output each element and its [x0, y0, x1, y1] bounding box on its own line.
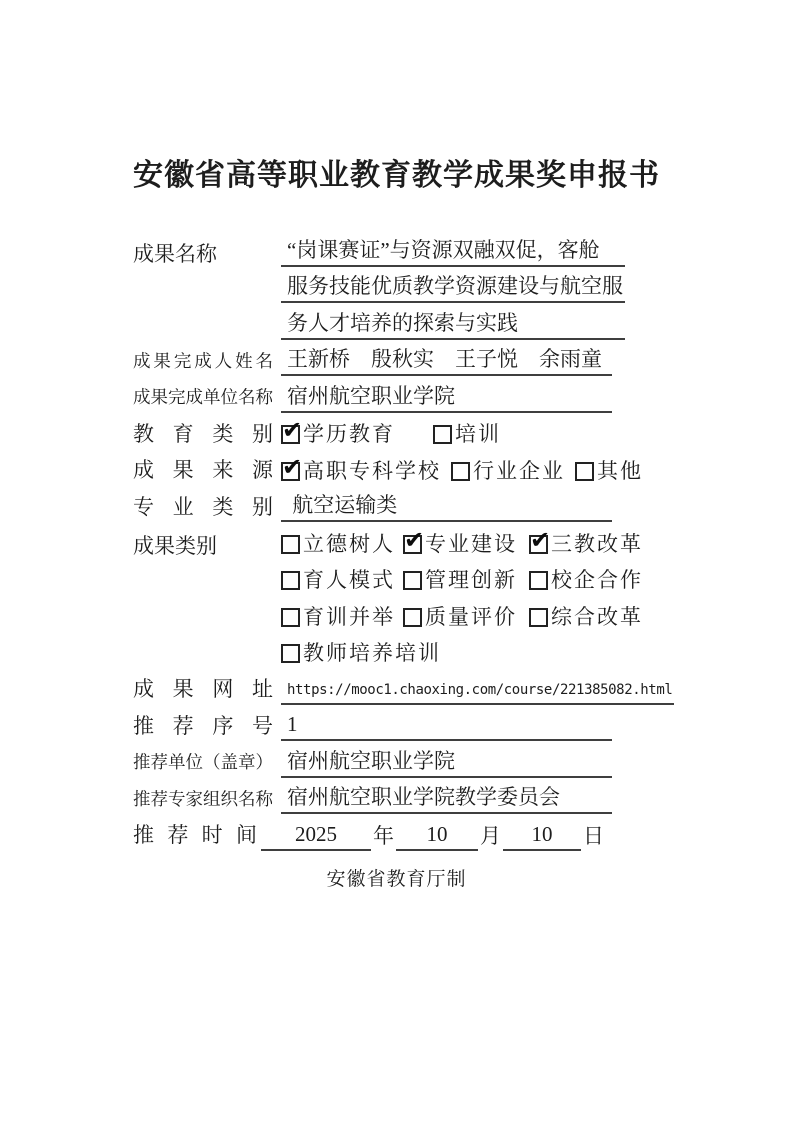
recommending-unit-label: 推荐单位（盖章） — [133, 752, 273, 777]
achievement-category-label: 成果类别 — [133, 522, 273, 562]
achievement-url-value: https://mooc1.chaoxing.com/course/221385… — [281, 683, 674, 705]
field-education-category: 教育类别 学历教育 培训 — [133, 413, 660, 450]
checkbox-option-three-education-reform: 三教改革 — [529, 534, 660, 555]
issuing-authority: 安徽省教育厅制 — [0, 864, 793, 891]
checkbox-icon — [281, 571, 300, 590]
field-achievement-url: 成果网址 https://mooc1.chaoxing.com/course/2… — [133, 668, 660, 705]
major-category-label: 专业类别 — [133, 495, 273, 522]
checkbox-icon — [281, 462, 300, 481]
checkbox-option-other: 其他 — [575, 461, 643, 482]
recommend-date-month: 10 — [396, 824, 478, 851]
major-category-value: 航空运输类 — [281, 495, 612, 522]
expert-organization-label: 推荐专家组织名称 — [133, 789, 273, 814]
achievement-category-row-3: 育训并举 质量评价 综合改革 — [281, 595, 660, 632]
form-body: 成果名称 “岗课赛证”与资源双融双促，客舱 服务技能优质教学资源建设与航空服 务… — [133, 230, 660, 851]
application-form-page: 安徽省高等职业教育教学成果奖申报书 成果名称 “岗课赛证”与资源双融双促，客舱 … — [0, 0, 793, 1122]
recommend-date-label: 推荐时间 — [133, 823, 257, 850]
checkbox-option-vocational-college: 高职专科学校 — [281, 461, 441, 482]
checkbox-icon — [529, 535, 548, 554]
achievement-url-label: 成果网址 — [133, 677, 273, 704]
field-serial-number: 推荐序号 1 — [133, 705, 660, 742]
checkbox-option-education-model: 育人模式 — [281, 570, 403, 591]
completers-value: 王新桥 殷秋实 王子悦 余雨童 — [281, 349, 612, 376]
checkbox-icon — [433, 425, 452, 444]
field-achievement-name: 成果名称 “岗课赛证”与资源双融双促，客舱 服务技能优质教学资源建设与航空服 务… — [133, 230, 660, 340]
serial-number-value: 1 — [281, 714, 612, 741]
field-achievement-category: 成果类别 立德树人 专业建设 三教改革 — [133, 522, 660, 668]
achievement-source-label: 成果来源 — [133, 458, 273, 485]
achievement-name-line-1: “岗课赛证”与资源双融双促，客舱 — [281, 230, 625, 267]
recommend-date-year: 2025 — [261, 824, 371, 851]
major-category-text: 航空运输类 — [292, 493, 397, 517]
checkbox-icon — [281, 644, 300, 663]
checkbox-icon — [529, 608, 548, 627]
recommend-date-day-unit: 日 — [581, 826, 606, 851]
field-expert-organization: 推荐专家组织名称 宿州航空职业学院教学委员会 — [133, 778, 660, 815]
recommending-unit-value: 宿州航空职业学院 — [281, 751, 612, 778]
checkbox-icon — [403, 535, 422, 554]
checkbox-icon — [403, 571, 422, 590]
checkbox-icon — [529, 571, 548, 590]
field-recommending-unit: 推荐单位（盖章） 宿州航空职业学院 — [133, 741, 660, 778]
achievement-name-label: 成果名称 — [133, 230, 273, 270]
checkbox-icon — [281, 535, 300, 554]
unit-value: 宿州航空职业学院 — [281, 386, 612, 413]
checkbox-option-comprehensive-reform: 综合改革 — [529, 607, 660, 628]
checkbox-icon — [451, 462, 470, 481]
recommend-date-month-unit: 月 — [478, 826, 503, 851]
completers-label: 成果完成人姓名 — [133, 351, 273, 376]
achievement-name-line-3: 务人才培养的探索与实践 — [281, 303, 625, 340]
checkbox-option-training: 培训 — [433, 424, 501, 445]
checkbox-option-education-training: 育训并举 — [281, 607, 403, 628]
checkbox-option-degree-education: 学历教育 — [281, 424, 395, 445]
field-completers: 成果完成人姓名 王新桥 殷秋实 王子悦 余雨童 — [133, 340, 660, 377]
checkbox-option-management-innovation: 管理创新 — [403, 570, 529, 591]
expert-organization-value: 宿州航空职业学院教学委员会 — [281, 787, 612, 814]
achievement-category-row-2: 育人模式 管理创新 校企合作 — [281, 559, 660, 596]
checkbox-option-quality-evaluation: 质量评价 — [403, 607, 529, 628]
checkbox-option-industry-enterprise: 行业企业 — [451, 461, 565, 482]
achievement-category-options: 立德树人 专业建设 三教改革 育人模式 — [281, 522, 660, 668]
checkbox-icon — [575, 462, 594, 481]
field-recommend-date: 推荐时间 2025 年 10 月 10 日 — [133, 814, 660, 851]
checkbox-option-school-enterprise-cooperation: 校企合作 — [529, 570, 660, 591]
achievement-name-line-2: 服务技能优质教学资源建设与航空服 — [281, 267, 625, 304]
field-major-category: 专业类别 航空运输类 — [133, 486, 660, 523]
checkbox-option-major-construction: 专业建设 — [403, 534, 529, 555]
achievement-category-row-4: 教师培养培训 — [281, 632, 660, 669]
recommend-date-year-unit: 年 — [371, 826, 396, 851]
recommend-date-day: 10 — [503, 824, 581, 851]
unit-label: 成果完成单位名称 — [133, 387, 273, 412]
achievement-category-row-1: 立德树人 专业建设 三教改革 — [281, 522, 660, 559]
document-title: 安徽省高等职业教育教学成果奖申报书 — [0, 150, 793, 194]
checkbox-icon — [403, 608, 422, 627]
checkbox-icon — [281, 425, 300, 444]
field-unit: 成果完成单位名称 宿州航空职业学院 — [133, 376, 660, 413]
checkbox-option-lideshuren: 立德树人 — [281, 534, 403, 555]
checkbox-icon — [281, 608, 300, 627]
checkbox-option-teacher-training: 教师培养培训 — [281, 643, 403, 664]
serial-number-label: 推荐序号 — [133, 714, 273, 741]
education-category-label: 教育类别 — [133, 422, 273, 449]
achievement-source-options: 高职专科学校 行业企业 其他 — [281, 461, 660, 486]
field-achievement-source: 成果来源 高职专科学校 行业企业 其他 — [133, 449, 660, 486]
education-category-options: 学历教育 培训 — [281, 424, 660, 449]
achievement-name-value: “岗课赛证”与资源双融双促，客舱 服务技能优质教学资源建设与航空服 务人才培养的… — [281, 230, 625, 340]
